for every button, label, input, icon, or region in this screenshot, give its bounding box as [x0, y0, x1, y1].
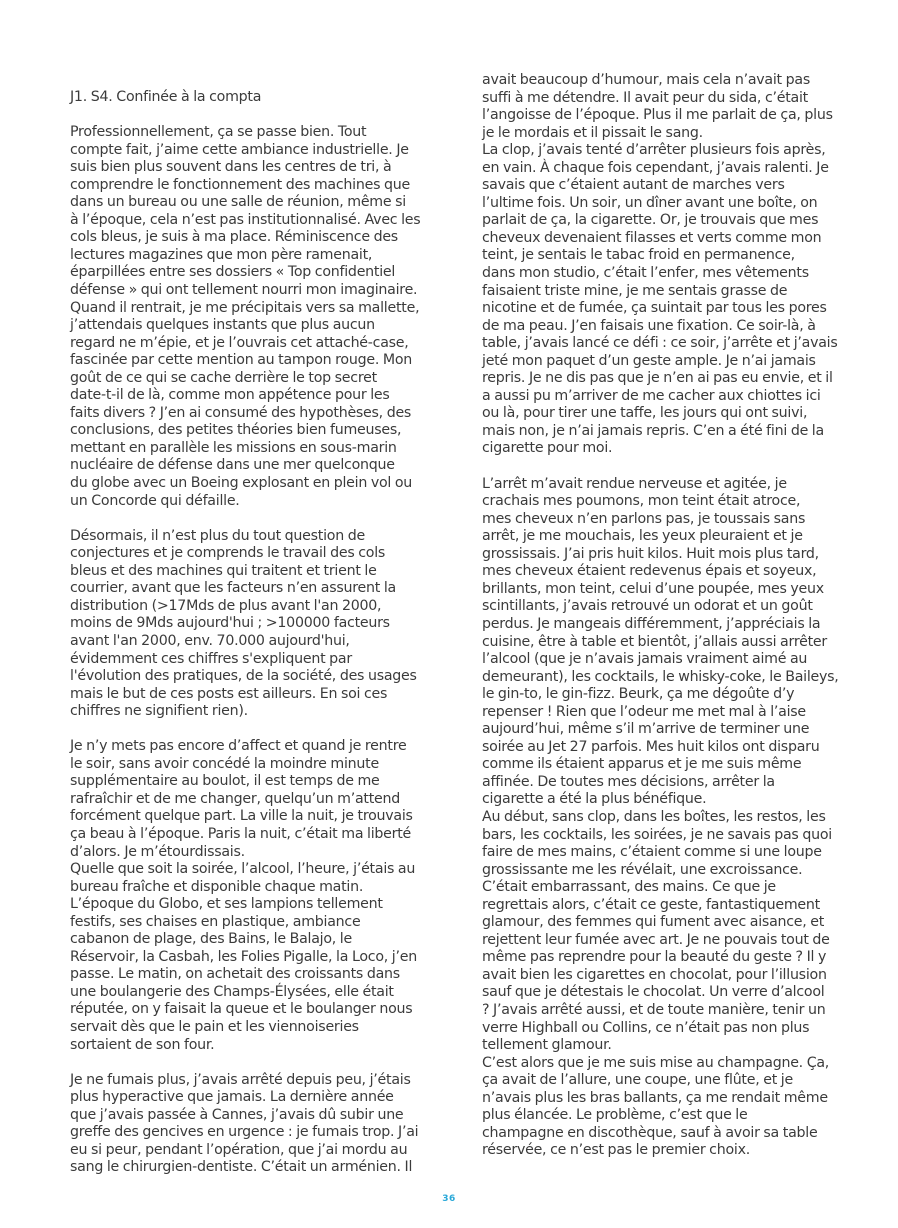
text-line: je le mordais et il pissait le sang.: [482, 125, 834, 143]
section-heading: J1. S4. Confinée à la compta: [70, 89, 422, 107]
text-line: chiffres ne signifient rien).: [70, 703, 422, 721]
paragraph-spacer: [70, 107, 422, 125]
text-line: C’était embarrassant, des mains. Ce que …: [482, 879, 834, 897]
text-line: demeurant), les cocktails, le whisky-cok…: [482, 669, 834, 687]
text-line: ? J’avais arrêté aussi, et de toute mani…: [482, 1002, 834, 1020]
paragraph-spacer: [70, 721, 422, 739]
text-line: dans un bureau ou une salle de réunion, …: [70, 194, 422, 212]
text-line: greffe des gencives en urgence : je fuma…: [70, 1124, 422, 1142]
text-line: l'évolution des pratiques, de la société…: [70, 668, 422, 686]
text-line: courrier, avant que les facteurs n’en as…: [70, 580, 422, 598]
text-line: en vain. À chaque fois cependant, j’avai…: [482, 160, 834, 178]
paragraph-spacer: [482, 458, 834, 476]
text-line: défense » qui ont tellement nourri mon i…: [70, 282, 422, 300]
text-line: faisaient triste mine, je me sentais gra…: [482, 283, 834, 301]
text-line: cols bleus, je suis à ma place. Réminisc…: [70, 229, 422, 247]
text-line: ça avait de l’allure, une coupe, une flû…: [482, 1072, 834, 1090]
text-line: champagne en discothèque, sauf à avoir s…: [482, 1125, 834, 1143]
text-line: n’avais plus les bras ballants, ça me re…: [482, 1090, 834, 1108]
text-line: savais que c’étaient autant de marches v…: [482, 177, 834, 195]
text-line: glamour, des femmes qui fument avec aisa…: [482, 914, 834, 932]
text-line: crachais mes poumons, mon teint était at…: [482, 493, 834, 511]
text-line: L’époque du Globo, et ses lampions telle…: [70, 896, 422, 914]
text-line: suis bien plus souvent dans les centres …: [70, 159, 422, 177]
text-line: goût de ce qui se cache derrière le top …: [70, 370, 422, 388]
text-line: servait dès que le pain et les viennoise…: [70, 1019, 422, 1037]
text-line: un Concorde qui défaille.: [70, 493, 422, 511]
paragraph-spacer: [70, 510, 422, 528]
left-text-column: J1. S4. Confinée à la comptaProfessionne…: [70, 89, 422, 1177]
text-line: j’attendais quelques instants que plus a…: [70, 317, 422, 335]
text-line: forcément quelque part. La ville la nuit…: [70, 808, 422, 826]
text-line: de ma peau. J’en faisais une fixation. C…: [482, 318, 834, 336]
text-line: lectures magazines que mon père ramenait…: [70, 247, 422, 265]
text-line: réservée, ce n’est pas le premier choix.: [482, 1142, 834, 1160]
page-number: 36: [0, 1194, 898, 1204]
text-line: grossissais. J’ai pris huit kilos. Huit …: [482, 546, 834, 564]
text-line: repris. Je ne dis pas que je n’en ai pas…: [482, 370, 834, 388]
text-line: Désormais, il n’est plus du tout questio…: [70, 528, 422, 546]
text-line: aujourd’hui, même s’il m’arrive de termi…: [482, 721, 834, 739]
text-line: distribution (>17Mds de plus avant l'an …: [70, 598, 422, 616]
text-line: cigarette pour moi.: [482, 440, 834, 458]
text-line: Je n’y mets pas encore d’affect et quand…: [70, 738, 422, 756]
text-line: festifs, ses chaises en plastique, ambia…: [70, 914, 422, 932]
text-line: le gin-to, le gin-fizz. Beurk, ça me dég…: [482, 686, 834, 704]
text-line: arrêt, je me mouchais, les yeux pleuraie…: [482, 528, 834, 546]
text-line: une boulangerie des Champs-Élysées, elle…: [70, 984, 422, 1002]
text-line: teint, je sentais le tabac froid en perm…: [482, 247, 834, 265]
text-line: parlait de ça, la cigarette. Or, je trou…: [482, 212, 834, 230]
text-line: cabanon de plage, des Bains, le Balajo, …: [70, 931, 422, 949]
text-line: cuisine, être à table et bientôt, j’alla…: [482, 634, 834, 652]
text-line: supplémentaire au boulot, il est temps d…: [70, 773, 422, 791]
text-line: C’est alors que je me suis mise au champ…: [482, 1055, 834, 1073]
text-line: scintillants, j’avais retrouvé un odorat…: [482, 598, 834, 616]
text-line: tellement glamour.: [482, 1037, 834, 1055]
text-line: rafraîchir et de me changer, quelqu’un m…: [70, 791, 422, 809]
text-line: ça beau à l’époque. Paris la nuit, c’éta…: [70, 826, 422, 844]
text-line: conjectures et je comprends le travail d…: [70, 545, 422, 563]
text-line: plus élancée. Le problème, c’est que le: [482, 1107, 834, 1125]
text-line: table, j’avais lancé ce défi : ce soir, …: [482, 335, 834, 353]
text-line: Quelle que soit la soirée, l’alcool, l’h…: [70, 861, 422, 879]
text-line: que j’avais passée à Cannes, j’avais dû …: [70, 1107, 422, 1125]
text-line: passe. Le matin, on achetait des croissa…: [70, 966, 422, 984]
text-line: moins de 9Mds aujourd'hui ; >100000 fact…: [70, 615, 422, 633]
text-line: affinée. De toutes mes décisions, arrête…: [482, 774, 834, 792]
text-line: jeté mon paquet d’un geste ample. Je n’a…: [482, 353, 834, 371]
text-line: perdus. Je mangeais différemment, j’appr…: [482, 616, 834, 634]
text-line: mes cheveux n’en parlons pas, je toussai…: [482, 511, 834, 529]
text-line: l’alcool (que je n’avais jamais vraiment…: [482, 651, 834, 669]
text-line: à l’époque, cela n’est pas institutionna…: [70, 212, 422, 230]
text-line: bleus et des machines qui traitent et tr…: [70, 563, 422, 581]
text-line: sauf que je détestais le chocolat. Un ve…: [482, 984, 834, 1002]
text-line: suffi à me détendre. Il avait peur du si…: [482, 90, 834, 108]
text-line: Quand il rentrait, je me précipitais ver…: [70, 300, 422, 318]
text-line: l’angoisse de l’époque. Plus il me parla…: [482, 107, 834, 125]
text-line: rejettent leur fumée avec art. Je ne pou…: [482, 932, 834, 950]
text-line: brillants, mon teint, celui d’une poupée…: [482, 581, 834, 599]
text-line: repenser ! Rien que l’odeur me met mal à…: [482, 704, 834, 722]
text-line: cheveux devenaient filasses et verts com…: [482, 230, 834, 248]
text-line: même pas reprendre pour la beauté du ges…: [482, 949, 834, 967]
text-line: bars, les cocktails, les soirées, je ne …: [482, 827, 834, 845]
text-line: mettant en parallèle les missions en sou…: [70, 440, 422, 458]
document-page: J1. S4. Confinée à la comptaProfessionne…: [0, 0, 898, 1228]
text-line: Professionnellement, ça se passe bien. T…: [70, 124, 422, 142]
text-line: évidemment ces chiffres s'expliquent par: [70, 651, 422, 669]
text-line: eu si peur, pendant l’opération, que j’a…: [70, 1142, 422, 1160]
text-line: du globe avec un Boeing explosant en ple…: [70, 475, 422, 493]
text-line: conclusions, des petites théories bien f…: [70, 422, 422, 440]
text-line: ou là, pour tirer une taffe, les jours q…: [482, 405, 834, 423]
text-line: avant l'an 2000, env. 70.000 aujourd'hui…: [70, 633, 422, 651]
text-line: avait bien les cigarettes en chocolat, p…: [482, 967, 834, 985]
text-line: soirée au Jet 27 parfois. Mes huit kilos…: [482, 739, 834, 757]
text-line: regrettais alors, c’était ce geste, fant…: [482, 897, 834, 915]
text-line: dans mon studio, c’était l’enfer, mes vê…: [482, 265, 834, 283]
text-line: sang le chirurgien-dentiste. C’était un …: [70, 1159, 422, 1177]
text-line: le soir, sans avoir concédé la moindre m…: [70, 756, 422, 774]
text-line: bureau fraîche et disponible chaque mati…: [70, 879, 422, 897]
text-line: Je ne fumais plus, j’avais arrêté depuis…: [70, 1072, 422, 1090]
text-line: nicotine et de fumée, ça suintait par to…: [482, 300, 834, 318]
paragraph-spacer: [70, 1054, 422, 1072]
text-line: avait beaucoup d’humour, mais cela n’ava…: [482, 72, 834, 90]
text-line: réputée, on y faisait la queue et le bou…: [70, 1001, 422, 1019]
text-line: d’alors. Je m’étourdissais.: [70, 844, 422, 862]
text-line: sortaient de son four.: [70, 1037, 422, 1055]
text-line: nucléaire de défense dans une mer quelco…: [70, 457, 422, 475]
text-line: mes cheveux étaient redevenus épais et s…: [482, 563, 834, 581]
text-line: regard ne m’épie, et je l’ouvrais cet at…: [70, 335, 422, 353]
text-line: faire de mes mains, c’étaient comme si u…: [482, 844, 834, 862]
text-line: l’ultime fois. Un soir, un dîner avant u…: [482, 195, 834, 213]
text-line: éparpillées entre ses dossiers « Top con…: [70, 264, 422, 282]
text-line: fascinée par cette mention au tampon rou…: [70, 352, 422, 370]
text-line: comme ils étaient apparus et je me suis …: [482, 756, 834, 774]
text-line: cigarette a été la plus bénéfique.: [482, 791, 834, 809]
text-line: grossissante me les révélait, une excroi…: [482, 862, 834, 880]
text-line: plus hyperactive que jamais. La dernière…: [70, 1089, 422, 1107]
text-line: date-t-il de là, comme mon appétence pou…: [70, 387, 422, 405]
text-line: a aussi pu m’arriver de me cacher aux ch…: [482, 388, 834, 406]
text-line: L’arrêt m’avait rendue nerveuse et agité…: [482, 476, 834, 494]
text-line: compte fait, j’aime cette ambiance indus…: [70, 142, 422, 160]
text-line: mais le but de ces posts est ailleurs. E…: [70, 686, 422, 704]
text-line: mais non, je n’ai jamais repris. C’en a …: [482, 423, 834, 441]
text-line: Au début, sans clop, dans les boîtes, le…: [482, 809, 834, 827]
text-line: comprendre le fonctionnement des machine…: [70, 177, 422, 195]
right-text-column: avait beaucoup d’humour, mais cela n’ava…: [482, 72, 834, 1160]
text-line: faits divers ? J’en ai consumé des hypot…: [70, 405, 422, 423]
text-line: La clop, j’avais tenté d’arrêter plusieu…: [482, 142, 834, 160]
text-line: verre Highball ou Collins, ce n’était pa…: [482, 1020, 834, 1038]
text-line: Réservoir, la Casbah, les Folies Pigalle…: [70, 949, 422, 967]
